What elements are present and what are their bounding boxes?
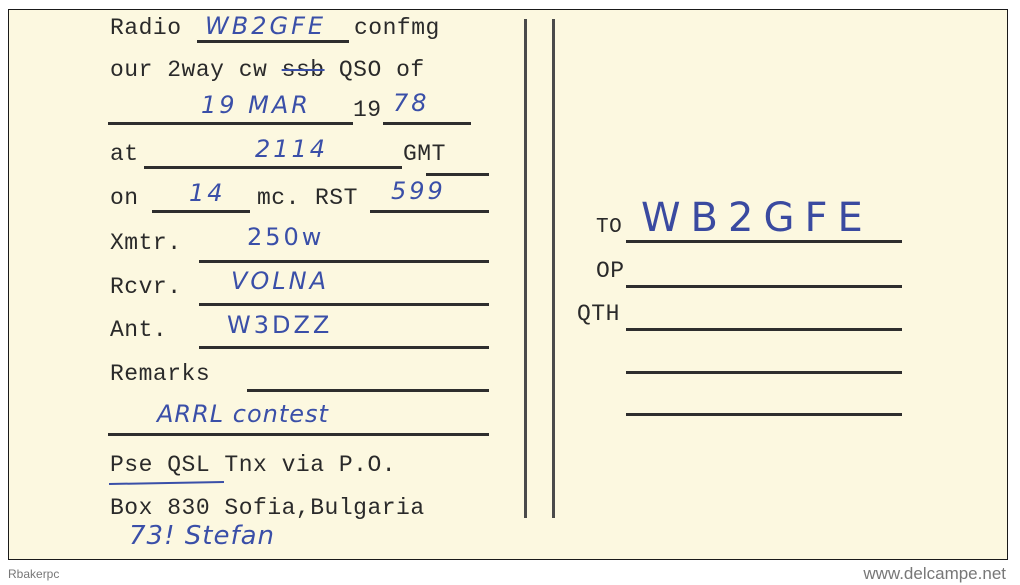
ant-handwritten: W3DZZ — [227, 312, 332, 338]
remarks-rule-2 — [108, 433, 489, 436]
qsl-request-line: Pse QSL Tnx via P.O. — [110, 452, 396, 478]
xmtr-label: Xmtr. — [110, 230, 182, 256]
to-call-handwritten: WB2GFE — [641, 196, 873, 240]
confmg-label: confmg — [354, 15, 440, 41]
remarks-rule-1 — [247, 389, 489, 392]
at-label: at — [110, 141, 139, 167]
date-rule — [108, 122, 353, 125]
year-prefix: 19 — [353, 97, 382, 123]
date-handwritten: 19 MAR — [201, 92, 311, 118]
qso-line: our 2way cw ssb QSO of — [110, 57, 425, 83]
qsl-pen-underline — [109, 481, 224, 485]
seller-watermark: Rbakerpc — [8, 567, 59, 581]
rst-label: RST — [315, 185, 358, 211]
qth-label: QTH — [577, 301, 620, 327]
mc-label: mc. — [257, 185, 300, 211]
ant-rule — [199, 346, 489, 349]
qth-rule-2 — [626, 371, 902, 374]
qth-rule-1 — [626, 328, 902, 331]
time-handwritten: 2114 — [255, 136, 328, 162]
remarks-label: Remarks — [110, 361, 210, 387]
remarks-handwritten: ARRL contest — [157, 401, 329, 427]
to-label: TO — [596, 215, 622, 241]
rcvr-rule — [199, 303, 489, 306]
band-handwritten: 14 — [189, 180, 226, 206]
op-label: OP — [596, 258, 625, 284]
radio-label: Radio — [110, 15, 182, 41]
rst-rule — [370, 210, 489, 213]
xmtr-rule — [199, 260, 489, 263]
to-rule — [626, 240, 902, 243]
time-rule — [144, 166, 402, 169]
gmt-tail-rule — [426, 173, 489, 176]
year-handwritten: 78 — [393, 90, 430, 116]
rcvr-handwritten: VOLNA — [231, 268, 329, 294]
gmt-label: GMT — [403, 141, 446, 167]
site-watermark: www.delcampe.net — [863, 564, 1006, 584]
on-label: on — [110, 185, 139, 211]
rcvr-label: Rcvr. — [110, 274, 182, 300]
band-rule — [152, 210, 250, 213]
address-line: Box 830 Sofia,Bulgaria — [110, 495, 425, 521]
radio-call-handwritten: WB2GFE — [205, 13, 326, 39]
ant-label: Ant. — [110, 317, 167, 343]
qth-rule-3 — [626, 413, 902, 416]
signature-handwritten: 73! Stefan — [129, 523, 275, 549]
divider-line-right — [552, 19, 555, 518]
year-rule — [383, 122, 471, 125]
xmtr-handwritten: 250w — [247, 224, 324, 250]
radio-call-rule — [197, 40, 349, 43]
divider-line-left — [524, 19, 527, 518]
op-rule — [626, 285, 902, 288]
rst-handwritten: 599 — [391, 178, 446, 204]
qsl-card: Radio WB2GFE confmg our 2way cw ssb QSO … — [8, 9, 1008, 560]
ssb-struck: ssb — [282, 57, 325, 83]
